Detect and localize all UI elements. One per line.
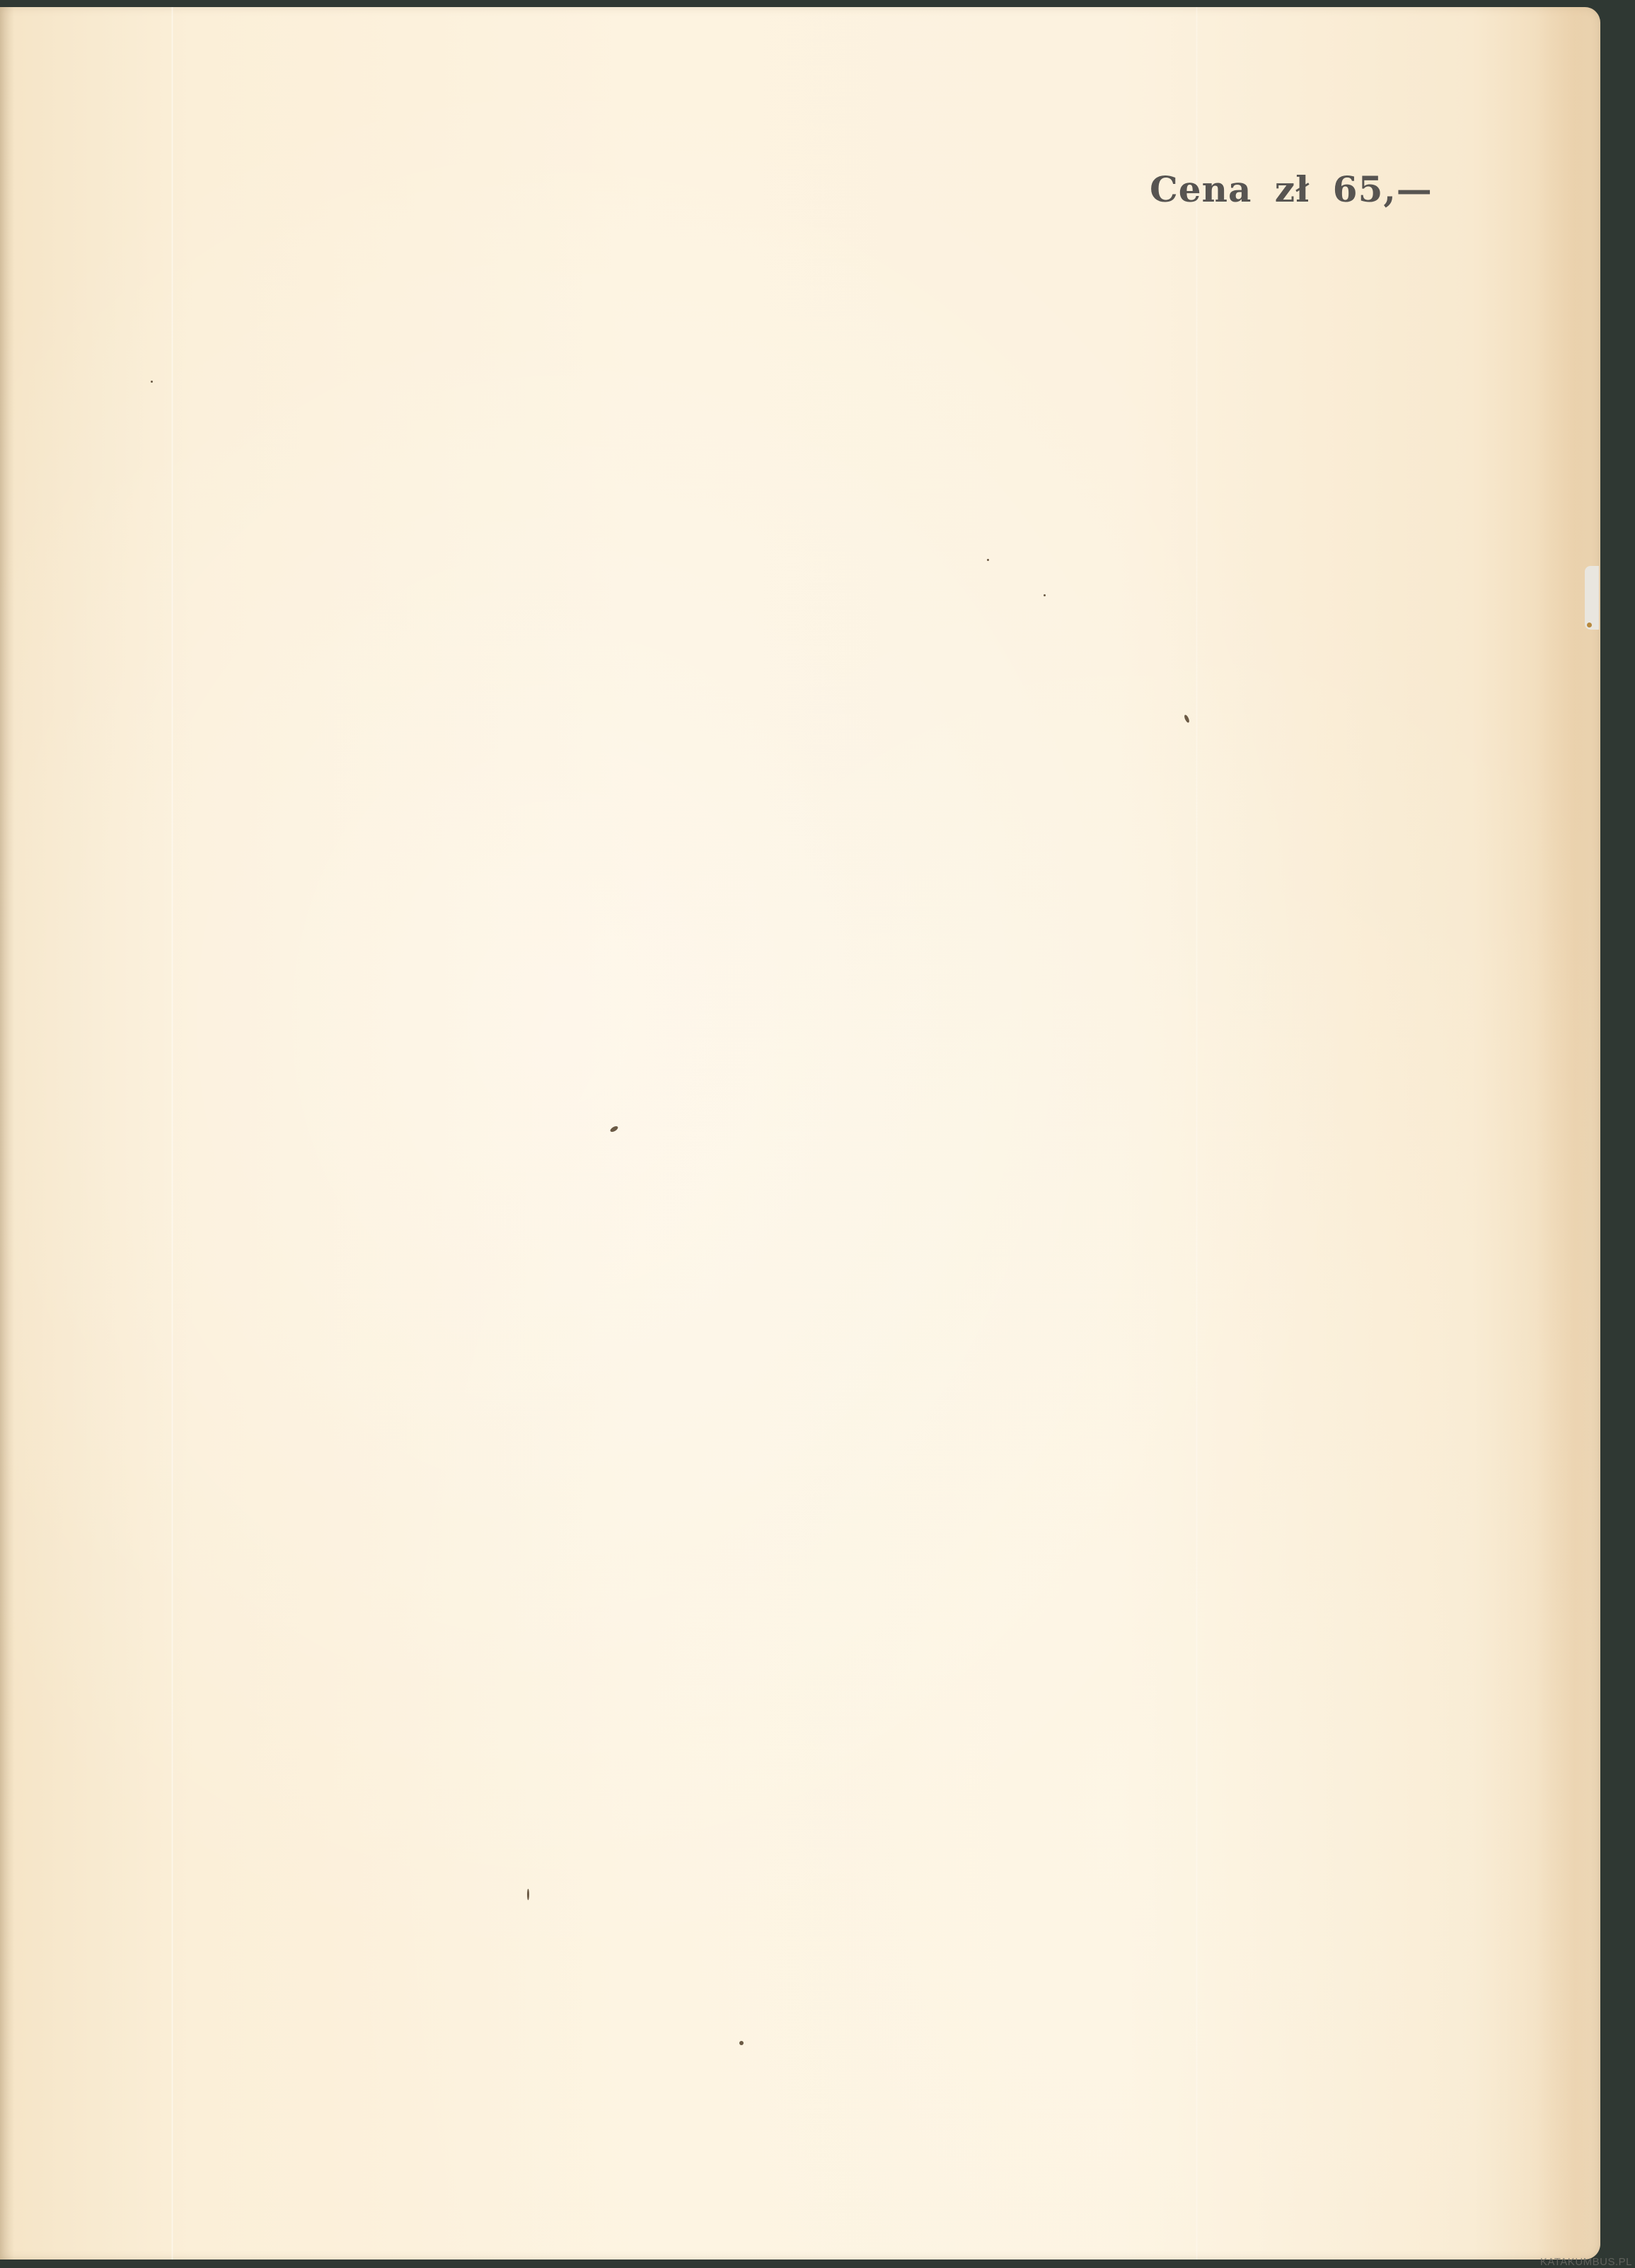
- paper-speck: [739, 2041, 744, 2045]
- paper-speck: [609, 1125, 618, 1133]
- paper-speck: [1184, 714, 1191, 724]
- edge-stain: [1537, 7, 1600, 2260]
- paper-speck: [151, 381, 153, 383]
- paper-speck: [527, 1889, 529, 1900]
- price-label: Cena zł 65,—: [1150, 168, 1433, 210]
- scan-background: Cena zł 65,— KATAKUMBUS.PL: [0, 0, 1635, 2268]
- paper-speck: [987, 559, 989, 561]
- paper-speck: [1044, 594, 1046, 596]
- book-back-cover: Cena zł 65,—: [0, 7, 1600, 2260]
- paper-speck: [1587, 623, 1592, 627]
- fold-line: [1196, 7, 1198, 2260]
- spine-shadow: [0, 7, 14, 2260]
- fold-line: [171, 7, 173, 2260]
- torn-edge: [1585, 566, 1599, 630]
- watermark: KATAKUMBUS.PL: [1540, 2256, 1632, 2268]
